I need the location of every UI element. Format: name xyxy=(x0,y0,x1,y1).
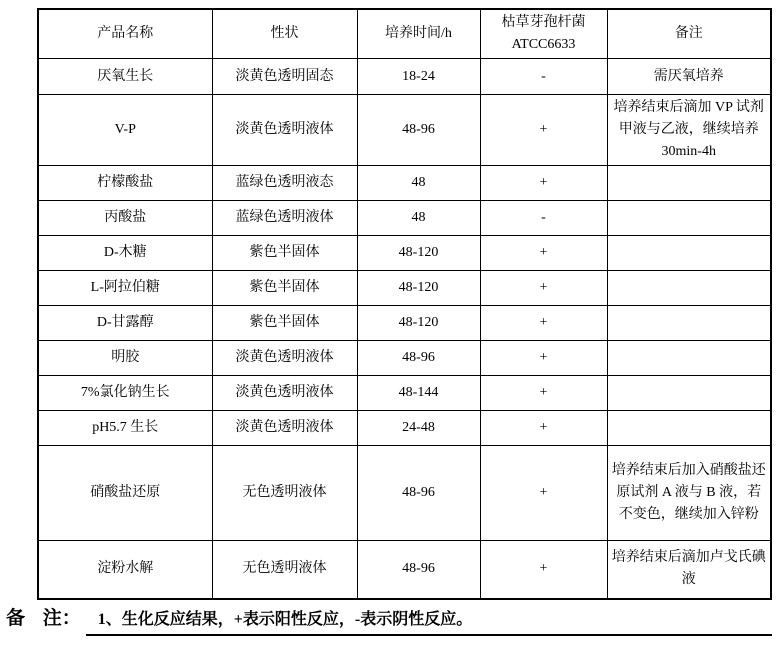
product-name: pH5.7 生长 xyxy=(38,411,212,446)
header-strain: 枯草芽孢杆菌 ATCC6633 xyxy=(480,9,607,59)
trait: 无色透明液体 xyxy=(212,541,357,599)
table-row: 厌氧生长 淡黄色透明固态 18-24 - 需厌氧培养 xyxy=(38,59,771,95)
table-row: 丙酸盐 蓝绿色透明液体 48 - xyxy=(38,201,771,236)
table-row: 淀粉水解 无色透明液体 48-96 + 培养结束后滴加卢戈氏碘液 xyxy=(38,541,771,599)
remark: 培养结束后滴加卢戈氏碘液 xyxy=(607,541,771,599)
result: + xyxy=(480,341,607,376)
table-row: 明胶 淡黄色透明液体 48-96 + xyxy=(38,341,771,376)
header-trait: 性状 xyxy=(212,9,357,59)
trait: 紫色半固体 xyxy=(212,271,357,306)
trait: 淡黄色透明液体 xyxy=(212,411,357,446)
trait: 淡黄色透明固态 xyxy=(212,59,357,95)
trait: 淡黄色透明液体 xyxy=(212,341,357,376)
product-name: 7%氯化钠生长 xyxy=(38,376,212,411)
trait: 紫色半固体 xyxy=(212,306,357,341)
result: + xyxy=(480,376,607,411)
table-row: L-阿拉伯糖 紫色半固体 48-120 + xyxy=(38,271,771,306)
remark: 需厌氧培养 xyxy=(607,59,771,95)
document-page: { "colors": { "page_background": "#fffff… xyxy=(0,0,779,645)
product-name: D-木糖 xyxy=(38,236,212,271)
remark: 培养结束后滴加 VP 试剂甲液与乙液，继续培养 30min-4h xyxy=(607,95,771,166)
result: + xyxy=(480,306,607,341)
product-name: D-甘露醇 xyxy=(38,306,212,341)
footnote-label: 备 注： xyxy=(6,603,81,630)
result: + xyxy=(480,446,607,541)
culture-time: 48-120 xyxy=(357,271,480,306)
product-name: 柠檬酸盐 xyxy=(38,166,212,201)
product-name: 硝酸盐还原 xyxy=(38,446,212,541)
trait: 淡黄色透明液体 xyxy=(212,95,357,166)
culture-time: 48-96 xyxy=(357,446,480,541)
header-remark: 备注 xyxy=(607,9,771,59)
remark xyxy=(607,376,771,411)
table-row: 7%氯化钠生长 淡黄色透明液体 48-144 + xyxy=(38,376,771,411)
result: + xyxy=(480,271,607,306)
footnote: 备 注： 1、生化反应结果，+表示阳性反应，-表示阴性反应。 xyxy=(6,603,772,636)
product-name: 厌氧生长 xyxy=(38,59,212,95)
table-row: 柠檬酸盐 蓝绿色透明液态 48 + xyxy=(38,166,771,201)
trait: 淡黄色透明液体 xyxy=(212,376,357,411)
remark: 培养结束后加入硝酸盐还原试剂 A 液与 B 液，若不变色，继续加入锌粉 xyxy=(607,446,771,541)
culture-time: 48-144 xyxy=(357,376,480,411)
culture-time: 48-120 xyxy=(357,306,480,341)
result: + xyxy=(480,95,607,166)
remark xyxy=(607,271,771,306)
remark xyxy=(607,201,771,236)
culture-time: 48 xyxy=(357,166,480,201)
table-row: V-P 淡黄色透明液体 48-96 + 培养结束后滴加 VP 试剂甲液与乙液，继… xyxy=(38,95,771,166)
product-name: 淀粉水解 xyxy=(38,541,212,599)
table-row: D-木糖 紫色半固体 48-120 + xyxy=(38,236,771,271)
remark xyxy=(607,411,771,446)
table-header-row: 产品名称 性状 培养时间/h 枯草芽孢杆菌 ATCC6633 备注 xyxy=(38,9,771,59)
table-row: 硝酸盐还原 无色透明液体 48-96 + 培养结束后加入硝酸盐还原试剂 A 液与… xyxy=(38,446,771,541)
remark xyxy=(607,306,771,341)
trait: 无色透明液体 xyxy=(212,446,357,541)
culture-time: 48 xyxy=(357,201,480,236)
header-product-name: 产品名称 xyxy=(38,9,212,59)
result: + xyxy=(480,236,607,271)
result: + xyxy=(480,166,607,201)
result: + xyxy=(480,541,607,599)
culture-time: 18-24 xyxy=(357,59,480,95)
result: + xyxy=(480,411,607,446)
table-row: pH5.7 生长 淡黄色透明液体 24-48 + xyxy=(38,411,771,446)
trait: 蓝绿色透明液态 xyxy=(212,166,357,201)
culture-time: 48-96 xyxy=(357,541,480,599)
remark xyxy=(607,166,771,201)
remark xyxy=(607,341,771,376)
product-name: 丙酸盐 xyxy=(38,201,212,236)
trait: 蓝绿色透明液体 xyxy=(212,201,357,236)
product-name: L-阿拉伯糖 xyxy=(38,271,212,306)
trait: 紫色半固体 xyxy=(212,236,357,271)
result: - xyxy=(480,59,607,95)
remark xyxy=(607,236,771,271)
header-culture-time: 培养时间/h xyxy=(357,9,480,59)
table-row: D-甘露醇 紫色半固体 48-120 + xyxy=(38,306,771,341)
result: - xyxy=(480,201,607,236)
biochemical-results-table: 产品名称 性状 培养时间/h 枯草芽孢杆菌 ATCC6633 备注 厌氧生长 淡… xyxy=(37,8,772,600)
culture-time: 24-48 xyxy=(357,411,480,446)
footnote-text: 1、生化反应结果，+表示阳性反应，-表示阴性反应。 xyxy=(86,606,772,636)
product-name: 明胶 xyxy=(38,341,212,376)
culture-time: 48-120 xyxy=(357,236,480,271)
culture-time: 48-96 xyxy=(357,341,480,376)
culture-time: 48-96 xyxy=(357,95,480,166)
product-name: V-P xyxy=(38,95,212,166)
